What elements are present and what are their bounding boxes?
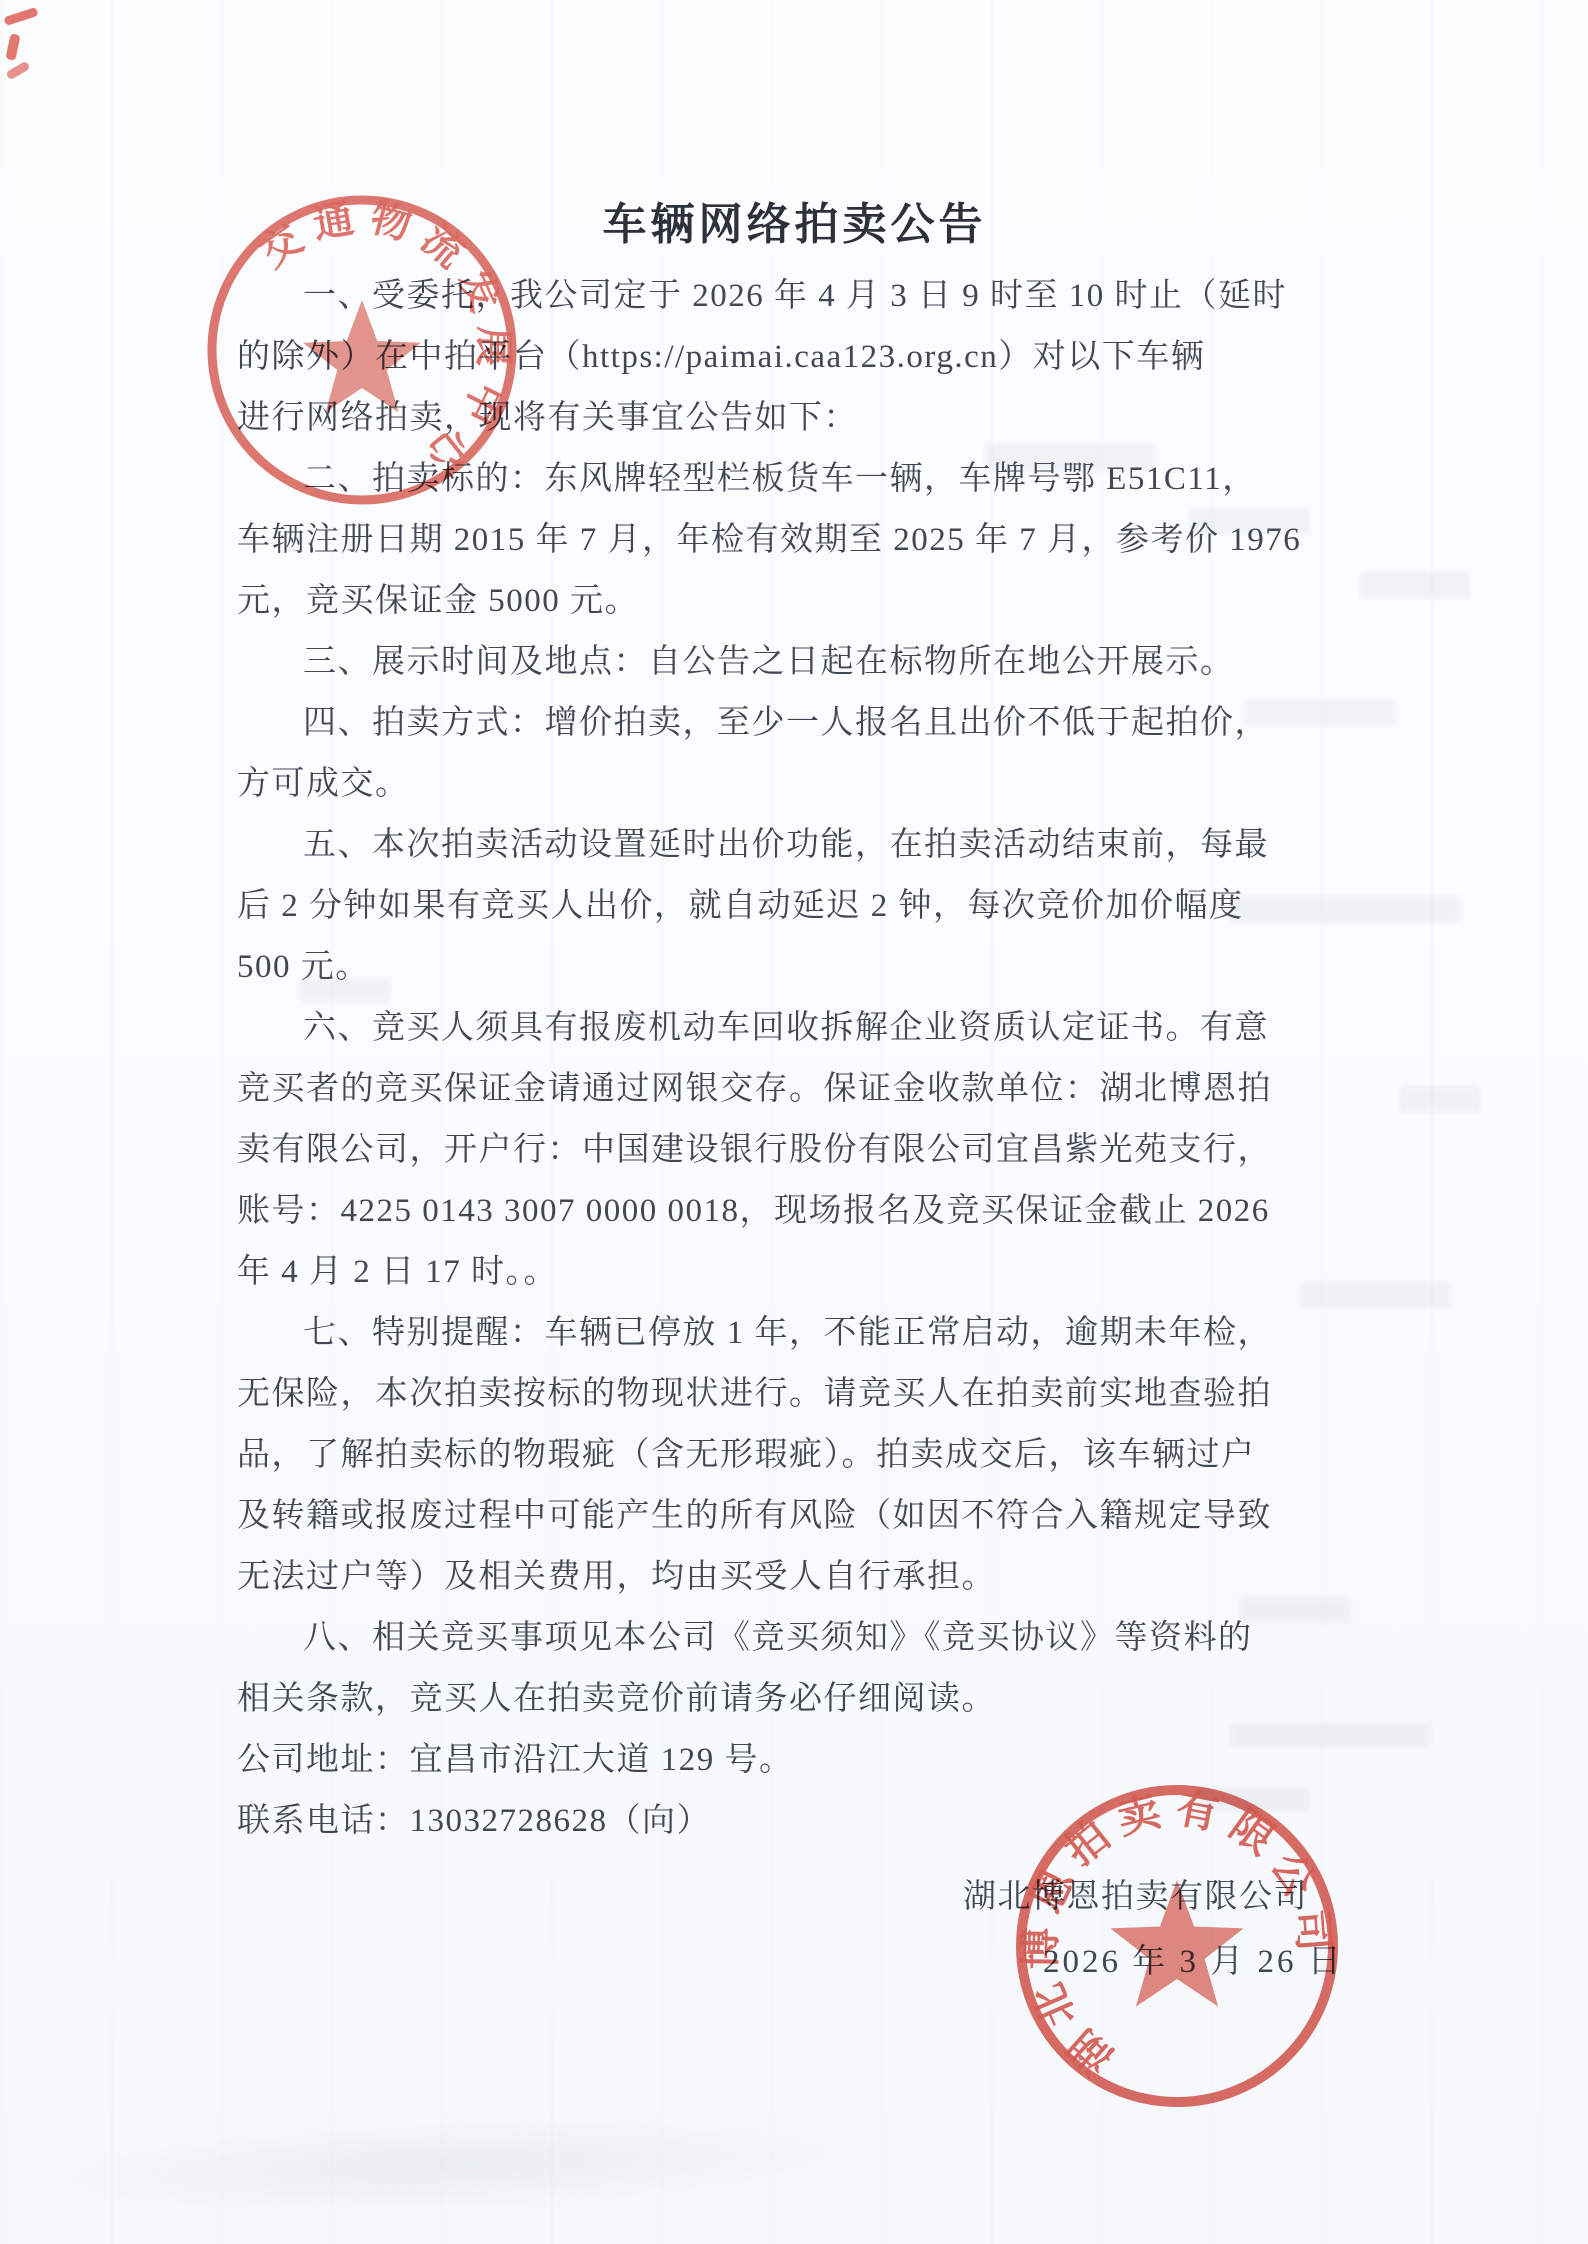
document-line: 账号：4225 0143 3007 0000 0018，现场报名及竞买保证金截止… — [237, 1181, 1355, 1242]
star-icon — [303, 300, 421, 412]
scanned-page: 车辆网络拍卖公告 一、受委托，我公司定于 2026 年 4 月 3 日 9 时至… — [0, 0, 1588, 2244]
document-line: 及转籍或报废过程中可能产生的所有风险（如因不符合入籍规定导致 — [237, 1486, 1355, 1547]
bleedthrough-mark — [1400, 1086, 1480, 1112]
official-seal-top: 交通物流发展中心 — [202, 190, 522, 510]
document-line: 品，了解拍卖标的物瑕疵（含无形瑕疵）。拍卖成交后，该车辆过户 — [237, 1425, 1355, 1486]
document-line: 500 元。 — [237, 937, 1355, 998]
document-line: 无法过户等）及相关费用，均由买受人自行承担。 — [237, 1547, 1355, 1608]
document-line: 五、本次拍卖活动设置延时出价功能，在拍卖活动结束前，每最 — [237, 815, 1355, 876]
document-line: 车辆注册日期 2015 年 7 月，年检有效期至 2025 年 7 月，参考价 … — [237, 510, 1355, 571]
document-line: 七、特别提醒：车辆已停放 1 年，不能正常启动，逾期未年检， — [237, 1303, 1355, 1364]
star-icon — [1110, 1880, 1243, 2007]
bleedthrough-mark — [1360, 572, 1470, 598]
document-line: 三、展示时间及地点：自公告之日起在标物所在地公开展示。 — [237, 632, 1355, 693]
corner-stamp-mark — [5, 33, 20, 61]
document-line: 竞买者的竞买保证金请通过网银交存。保证金收款单位：湖北博恩拍 — [237, 1059, 1355, 1120]
document-line: 方可成交。 — [237, 754, 1355, 815]
corner-stamp-mark — [5, 61, 30, 81]
document-line: 年 4 月 2 日 17 时。。 — [237, 1242, 1355, 1303]
document-line: 卖有限公司，开户行：中国建设银行股份有限公司宜昌紫光苑支行， — [237, 1120, 1355, 1181]
official-seal-bottom: 湖北博恩拍卖有限公司 — [1005, 1774, 1349, 2118]
corner-stamp-mark — [3, 7, 38, 26]
document-line: 相关条款，竞买人在拍卖竞价前请务必仔细阅读。 — [237, 1669, 1355, 1730]
document-line: 四、拍卖方式：增价拍卖，至少一人报名且出价不低于起拍价， — [237, 693, 1355, 754]
document-line: 八、相关竞买事项见本公司《竞买须知》《竞买协议》等资料的 — [237, 1608, 1355, 1669]
document-line: 六、竞买人须具有报废机动车回收拆解企业资质认定证书。有意 — [237, 998, 1355, 1059]
document-line: 无保险，本次拍卖按标的物现状进行。请竞买人在拍卖前实地查验拍 — [237, 1364, 1355, 1425]
scan-shadow — [39, 2106, 862, 2225]
document-line: 后 2 分钟如果有竞买人出价，就自动延迟 2 钟，每次竞价加价幅度 — [237, 876, 1355, 937]
document-line: 元，竞买保证金 5000 元。 — [237, 571, 1355, 632]
